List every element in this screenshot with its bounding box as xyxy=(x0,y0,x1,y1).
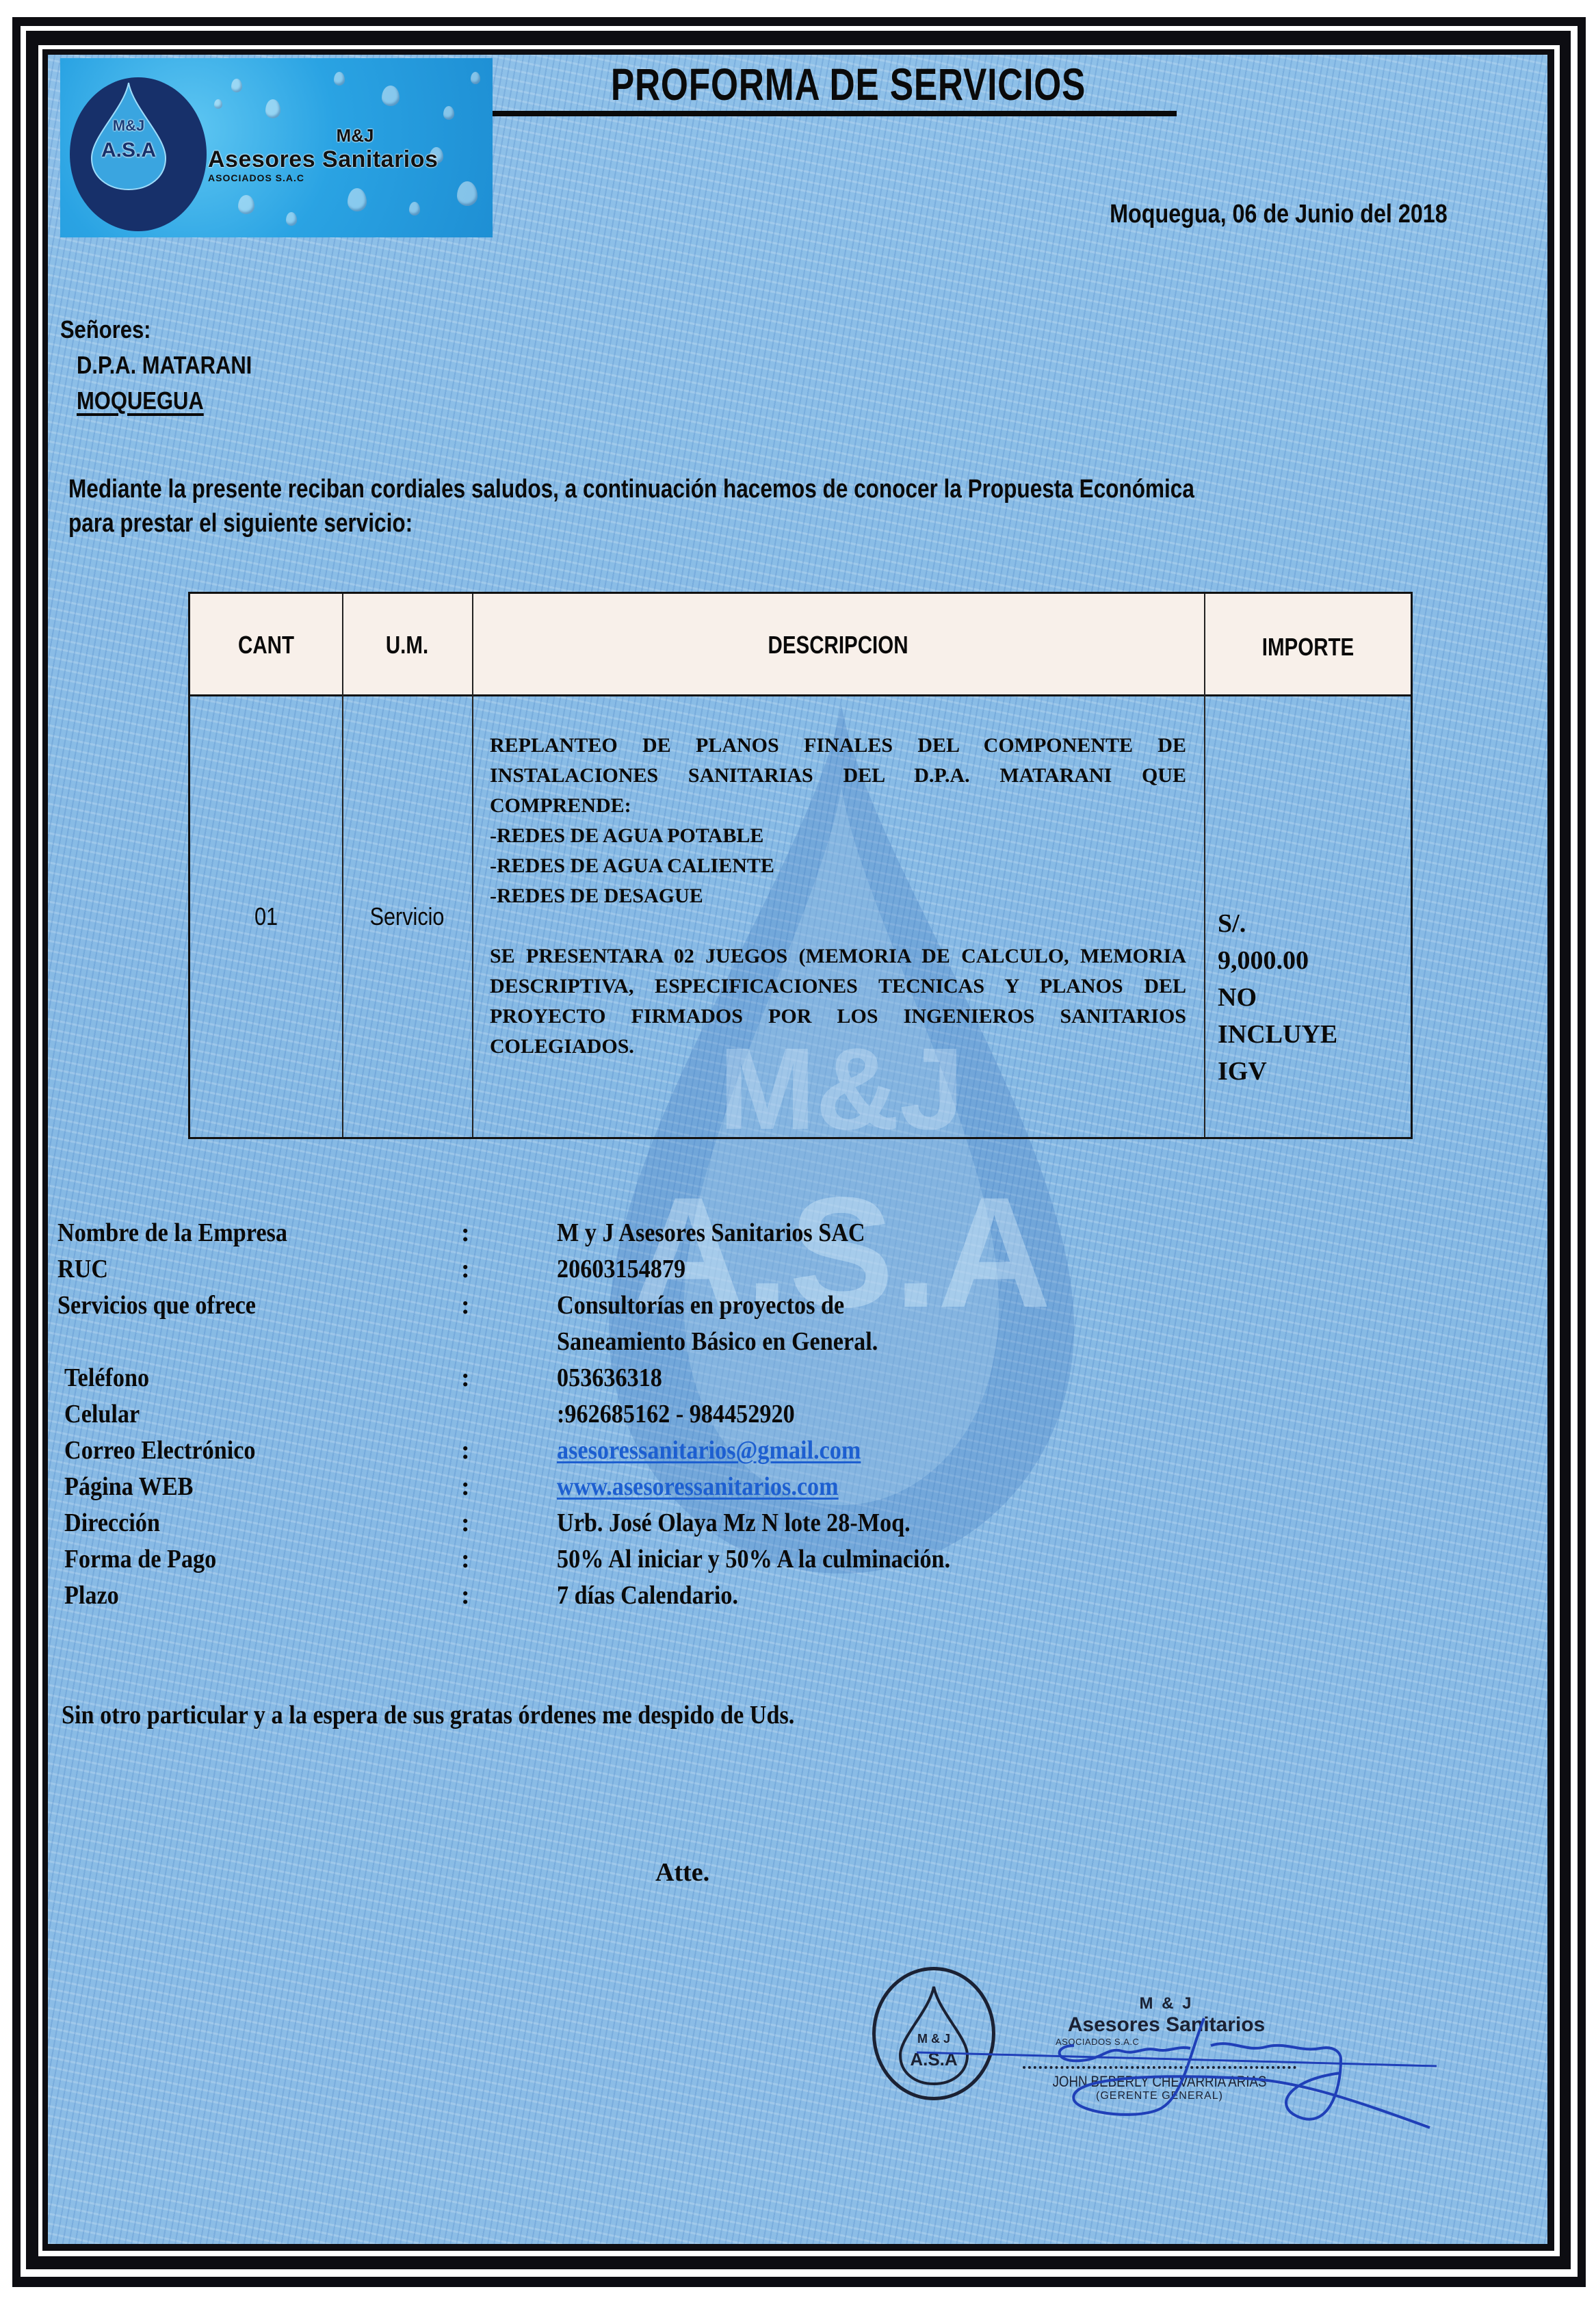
info-colon: : xyxy=(461,1254,470,1284)
logo-brand-short: M&J xyxy=(297,125,413,146)
water-drop-icon xyxy=(86,81,171,191)
info-row-web: Página WEB : www.asesoressanitarios.com xyxy=(57,1472,1494,1508)
addressee-name: D.P.A. MATARANI xyxy=(77,348,252,383)
importe-currency: S/. xyxy=(1218,905,1413,942)
info-colon: : xyxy=(461,1218,470,1248)
info-colon: : xyxy=(461,1363,470,1393)
info-value: 053636318 xyxy=(557,1363,662,1393)
info-colon: : xyxy=(461,1508,470,1538)
info-row-ruc: RUC : 20603154879 xyxy=(57,1254,1494,1290)
info-value: :962685162 - 984452920 xyxy=(557,1399,795,1429)
logo-brand-name: Asesores Sanitarios xyxy=(208,146,493,172)
info-label: Celular xyxy=(64,1399,140,1429)
intro-line-2: para prestar el siguiente servicio: xyxy=(68,506,1295,540)
description-item: -REDES DE AGUA POTABLE xyxy=(490,821,1186,851)
logo-brand: M&J Asesores Sanitarios ASOCIADOS S.A.C xyxy=(208,125,493,183)
info-label: Forma de Pago xyxy=(64,1544,216,1574)
info-label: Página WEB xyxy=(64,1472,193,1502)
importe-amount: 9,000.00 xyxy=(1218,942,1413,979)
info-colon: : xyxy=(461,1472,470,1502)
title-underline xyxy=(493,111,1177,116)
description-note: SE PRESENTARA 02 JUEGOS (MEMORIA DE CALC… xyxy=(490,941,1186,1062)
logo-emblem-top: M&J xyxy=(96,117,161,135)
info-label: Nombre de la Empresa xyxy=(57,1218,287,1248)
logo-emblem-bottom: A.S.A xyxy=(90,139,167,162)
cell-um: Servicio xyxy=(342,696,472,1137)
document-page: A.S.A M&J M&J A.S.A M&J Asesores Sanitar… xyxy=(48,55,1547,2244)
info-row-payment: Forma de Pago : 50% Al iniciar y 50% A l… xyxy=(57,1544,1494,1580)
addressee-city: MOQUEGUA xyxy=(77,383,252,419)
info-colon: : xyxy=(461,1580,470,1610)
company-logo: M&J A.S.A M&J Asesores Sanitarios ASOCIA… xyxy=(60,58,493,237)
info-label: RUC xyxy=(57,1254,108,1284)
info-value: Saneamiento Básico en General. xyxy=(557,1327,878,1357)
header-um: U.M. xyxy=(342,594,472,696)
closing-text: Sin otro particular y a la espera de sus… xyxy=(62,1700,794,1730)
info-row-email: Correo Electrónico : asesoressanitarios@… xyxy=(57,1435,1494,1472)
importe-note: NO xyxy=(1218,979,1413,1016)
info-colon: : xyxy=(461,1544,470,1574)
company-info: Nombre de la Empresa : M y J Asesores Sa… xyxy=(57,1218,1494,1617)
info-label: Correo Electrónico xyxy=(64,1435,256,1465)
website-link[interactable]: www.asesoressanitarios.com xyxy=(557,1472,839,1502)
header-importe: IMPORTE xyxy=(1204,594,1413,696)
info-row-phone: Teléfono : 053636318 xyxy=(57,1363,1494,1399)
description-item: -REDES DE DESAGUE xyxy=(490,881,1186,911)
cell-importe: S/. 9,000.00 NO INCLUYE IGV xyxy=(1205,696,1413,1137)
info-row-services-cont: Saneamiento Básico en General. xyxy=(57,1327,1494,1363)
info-colon: : xyxy=(461,1435,470,1465)
intro-paragraph: Mediante la presente reciban cordiales s… xyxy=(68,472,1546,540)
info-row-term: Plazo : 7 días Calendario. xyxy=(57,1580,1494,1617)
info-value: 50% Al iniciar y 50% A la culminación. xyxy=(557,1544,950,1574)
addressee-block: Señores: D.P.A. MATARANI MOQUEGUA xyxy=(60,312,280,419)
info-colon: : xyxy=(461,1290,470,1320)
info-label: Teléfono xyxy=(64,1363,149,1393)
info-value: 7 días Calendario. xyxy=(557,1580,738,1610)
salutation: Señores: xyxy=(60,312,250,348)
info-value: Consultorías en proyectos de xyxy=(557,1290,844,1320)
description-item: -REDES DE AGUA CALIENTE xyxy=(490,851,1186,881)
info-label: Servicios que ofrece xyxy=(57,1290,256,1320)
document-title: PROFORMA DE SERVICIOS xyxy=(571,58,1125,110)
header-cant: CANT xyxy=(190,594,342,696)
info-label: Dirección xyxy=(64,1508,160,1538)
header-descripcion: DESCRIPCION xyxy=(472,594,1204,696)
logo-brand-sub: ASOCIADOS S.A.C xyxy=(208,172,493,183)
description-intro: REPLANTEO DE PLANOS FINALES DEL COMPONEN… xyxy=(490,731,1186,821)
info-row-company: Nombre de la Empresa : M y J Asesores Sa… xyxy=(57,1218,1494,1254)
importe-note: INCLUYE xyxy=(1218,1016,1413,1053)
info-value: 20603154879 xyxy=(557,1254,685,1284)
cell-descripcion: REPLANTEO DE PLANOS FINALES DEL COMPONEN… xyxy=(473,696,1204,1137)
info-value: M y J Asesores Sanitarios SAC xyxy=(557,1218,865,1248)
info-value: Urb. José Olaya Mz N lote 28-Moq. xyxy=(557,1508,911,1538)
email-link[interactable]: asesoressanitarios@gmail.com xyxy=(557,1435,861,1465)
intro-line-1: Mediante la presente reciban cordiales s… xyxy=(68,472,1295,506)
handwritten-signature xyxy=(917,1998,1437,2148)
services-table: CANT U.M. DESCRIPCION IMPORTE 01 Servici… xyxy=(188,592,1413,1139)
info-row-mobile: Celular :962685162 - 984452920 xyxy=(57,1399,1494,1435)
cell-cant: 01 xyxy=(190,696,342,1137)
info-label: Plazo xyxy=(64,1580,119,1610)
importe-note: IGV xyxy=(1218,1053,1413,1090)
info-row-address: Dirección : Urb. José Olaya Mz N lote 28… xyxy=(57,1508,1494,1544)
document-date: Moquegua, 06 de Junio del 2018 xyxy=(1110,200,1448,229)
sign-off: Atte. xyxy=(655,1857,709,1888)
info-row-services: Servicios que ofrece : Consultorías en p… xyxy=(57,1290,1494,1327)
